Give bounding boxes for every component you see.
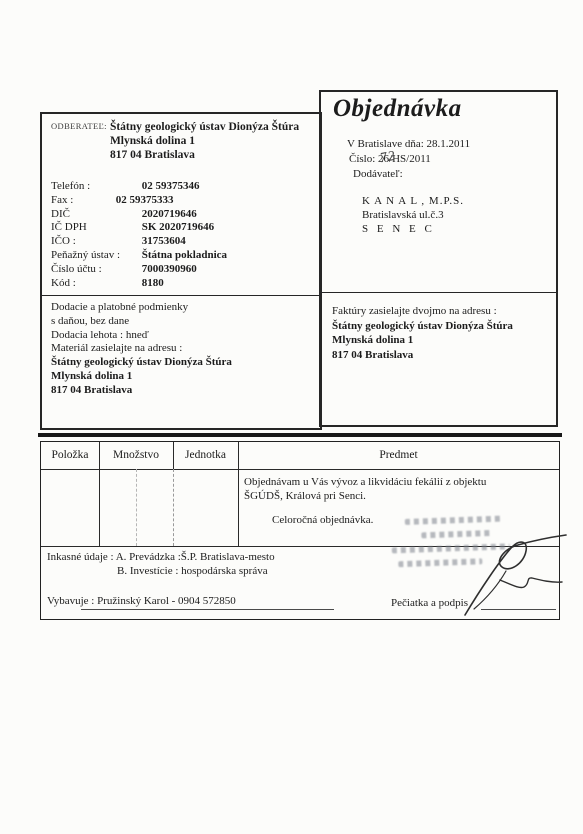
material-address-street: Mlynská dolina 1 [51, 370, 232, 384]
collection-line: B. Investície : hospodárska správa [117, 565, 275, 579]
supplier-name: K A N A L , M.P.S. [362, 194, 464, 208]
field-row-icdph: IČ DPH SK 2020719646 [51, 221, 227, 235]
field-value: 2020719646 [142, 208, 197, 220]
table-column-line [173, 442, 174, 469]
customer-header: ODBERATEĽ: Štátny geologický ústav Dioný… [51, 120, 299, 162]
invoice-address-block: Faktúry zasielajte dvojmo na adresu : Št… [332, 304, 513, 362]
terms-line: Dodacie a platobné podmienky [51, 301, 232, 315]
collection-details: Inkasné údaje : A. Prevádzka :Š.P. Brati… [47, 551, 275, 578]
column-header-subject: Predmet [238, 442, 559, 469]
field-row-account: Číslo účtu : 7000390960 [51, 263, 227, 277]
handled-by: Vybavuje : Pružinský Karol - 0904 572850 [47, 595, 236, 607]
section-separator-bar [38, 433, 562, 437]
invoice-street: Mlynská dolina 1 [332, 333, 513, 348]
customer-city: 817 04 Bratislava [110, 148, 299, 162]
invoice-city: 817 04 Bratislava [332, 348, 513, 363]
terms-line: Materiál zasielajte na adresu : [51, 342, 232, 356]
order-date: V Bratislave dňa: 28.1.2011 [347, 138, 470, 150]
customer-name: Štátny geologický ústav Dionýza Štúra [110, 120, 299, 134]
field-row-code: Kód : 8180 [51, 277, 227, 291]
subject-line: ŠGÚDŠ, Králová pri Senci. [244, 489, 554, 503]
field-label: DIČ [51, 208, 139, 222]
field-value: 02 59375333 [116, 194, 174, 206]
field-label: Telefón : [51, 180, 139, 194]
customer-street: Mlynská dolina 1 [110, 134, 299, 148]
column-header-item: Položka [41, 442, 99, 469]
field-value: 02 59375346 [142, 180, 200, 192]
material-address-name: Štátny geologický ústav Dionýza Štúra [51, 356, 232, 370]
terms-line: s daňou, bez dane [51, 315, 232, 329]
table-column-line-faint [136, 469, 137, 546]
field-label: Kód : [51, 277, 139, 291]
column-header-unit: Jednotka [173, 442, 238, 469]
field-label: Číslo účtu : [51, 263, 139, 277]
customer-address: Štátny geologický ústav Dionýza Štúra Ml… [110, 120, 299, 162]
field-value: 31753604 [142, 235, 186, 247]
handled-by-underline [81, 609, 334, 610]
field-value: Štátna pokladnica [142, 249, 227, 261]
field-value: SK 2020719646 [142, 221, 214, 233]
invoice-name: Štátny geologický ústav Dionýza Štúra [332, 319, 513, 334]
supplier-label: Dodávateľ: [353, 168, 403, 180]
field-label: IČO : [51, 235, 139, 249]
supplier-street: Bratislavská ul.č.3 [362, 208, 464, 222]
field-value: 8180 [142, 277, 164, 289]
document-title: Objednávka [333, 95, 462, 123]
field-row-dic: DIČ 2020719646 [51, 208, 227, 222]
column-header-quantity: Množstvo [99, 442, 173, 469]
field-row-ico: IČO : 31753604 [51, 235, 227, 249]
signature [440, 525, 570, 625]
field-row-fax: Fax : 02 59375333 [51, 194, 227, 208]
scanned-order-document: ODBERATEĽ: Štátny geologický ústav Dioný… [0, 0, 583, 834]
customer-box: ODBERATEĽ: Štátny geologický ústav Dioný… [40, 112, 322, 430]
terms-line: Dodacia lehota : hneď [51, 329, 232, 343]
handwritten-number: 72 [379, 149, 398, 168]
customer-label: ODBERATEĽ: [51, 121, 107, 131]
invoice-note: Faktúry zasielajte dvojmo na adresu : [332, 304, 513, 319]
table-header-border [41, 469, 559, 470]
supplier-address: K A N A L , M.P.S. Bratislavská ul.č.3 S… [362, 194, 464, 236]
table-column-line [173, 469, 174, 546]
order-box-divider [321, 292, 556, 293]
field-label: IČ DPH [51, 221, 139, 235]
delivery-terms: Dodacie a platobné podmienky s daňou, be… [51, 301, 232, 398]
collection-line: Inkasné údaje : A. Prevádzka :Š.P. Brati… [47, 551, 275, 565]
subject-line: Objednávam u Vás vývoz a likvidáciu feká… [244, 475, 554, 489]
customer-fields: Telefón : 02 59375346 Fax : 02 59375333 … [51, 180, 227, 290]
table-column-line [99, 442, 100, 546]
order-box: Objednávka V Bratislave dňa: 28.1.2011 Č… [319, 90, 558, 427]
table-column-line [238, 442, 239, 546]
field-row-bank: Peňažný ústav : Štátna pokladnica [51, 249, 227, 263]
field-row-phone: Telefón : 02 59375346 [51, 180, 227, 194]
field-label: Fax : [51, 194, 113, 208]
supplier-city: S E N E C [362, 222, 464, 236]
field-value: 7000390960 [142, 263, 197, 275]
material-address-city: 817 04 Bratislava [51, 384, 232, 398]
customer-box-divider [42, 295, 320, 296]
order-number: Číslo: 26/HS/2011 72 [349, 153, 431, 165]
field-label: Peňažný ústav : [51, 249, 139, 263]
